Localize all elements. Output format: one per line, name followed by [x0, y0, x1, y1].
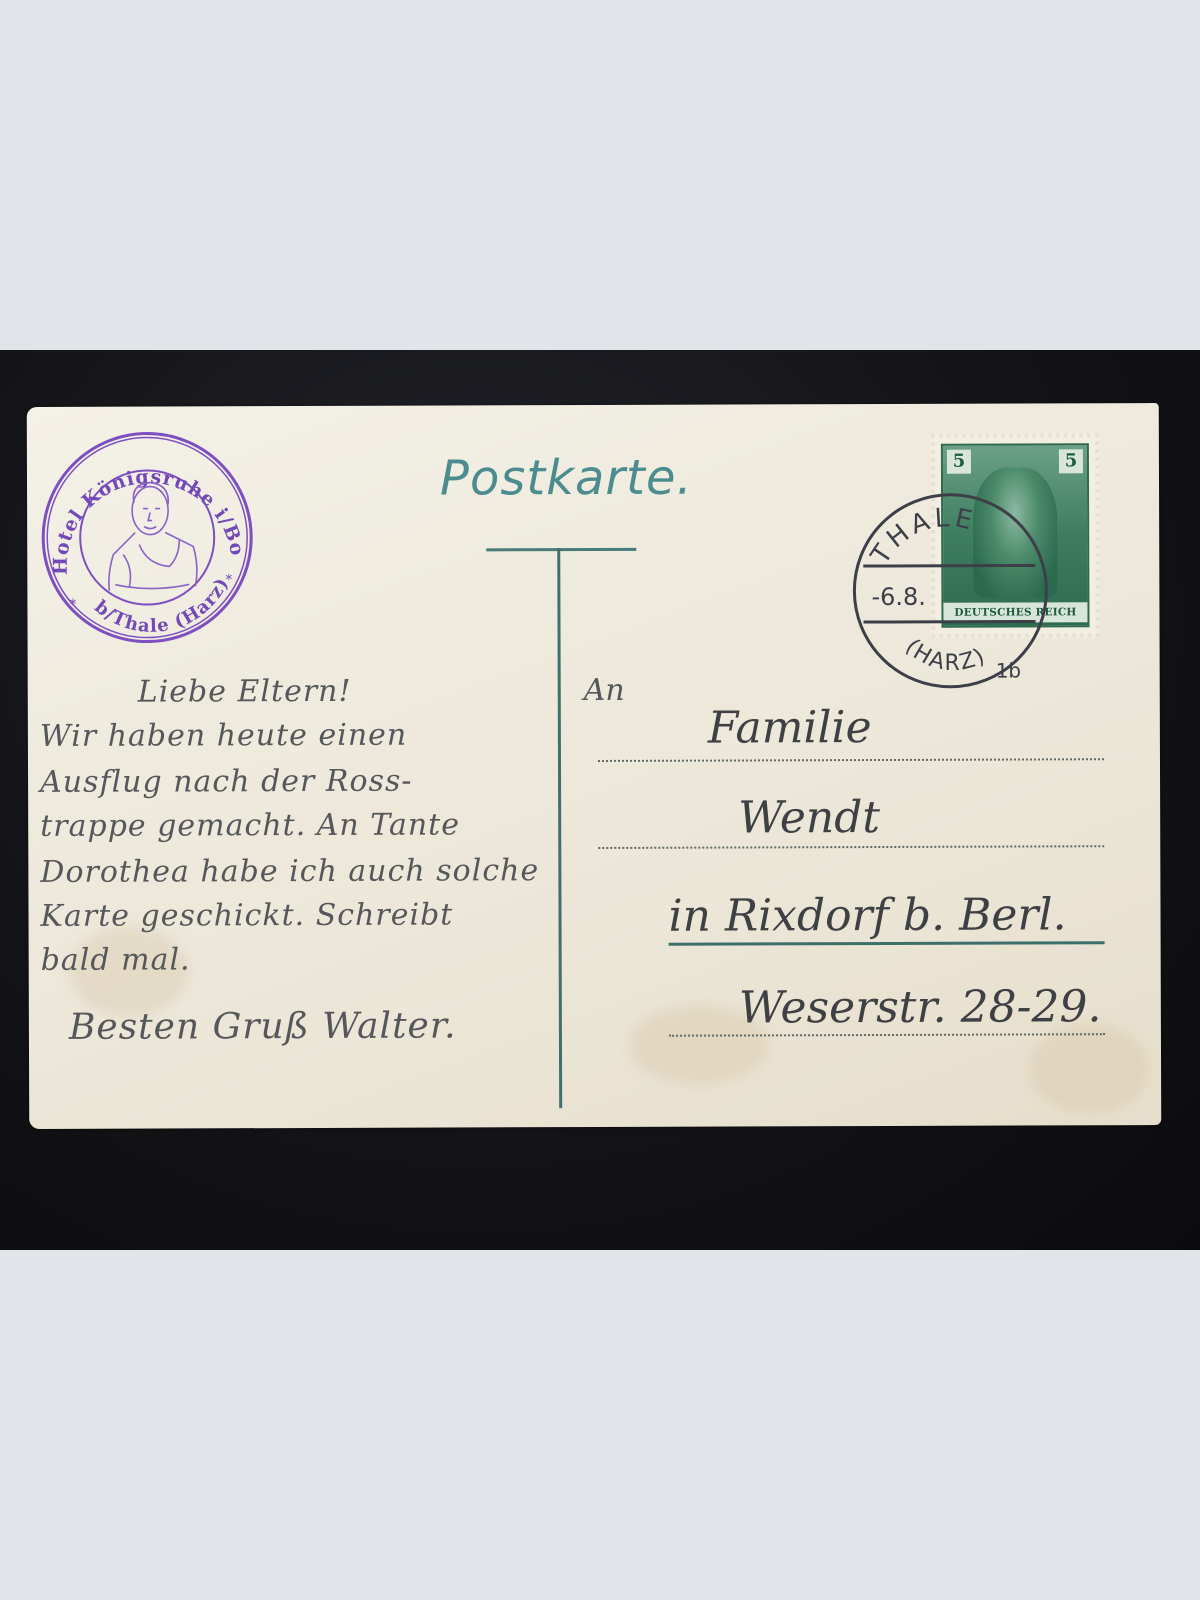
hotel-stamp: Hotel Königsruhe i/Bodethal b/Thale (Har…: [35, 424, 256, 651]
message-line: bald mal.: [41, 942, 191, 978]
postmark-town: THALE: [865, 503, 979, 571]
address-line-4: Weserstr. 28-29.: [739, 981, 1102, 1033]
svg-text:(HARZ): (HARZ): [900, 634, 990, 676]
message-line: Karte geschickt. Schreibt: [40, 897, 453, 933]
svg-text:*: *: [69, 597, 76, 613]
message-line: trappe gemacht. An Tante: [40, 807, 460, 843]
address-line-2: Wendt: [738, 792, 880, 843]
hotel-stamp-top-text: Hotel Königsruhe i/Bodethal: [35, 424, 249, 575]
address-dotted-line: [669, 1033, 1105, 1037]
address-prefix: An: [584, 673, 625, 708]
message-line: Liebe Eltern!: [138, 674, 352, 710]
address-dotted-line: [598, 845, 1104, 849]
postcard: Hotel Königsruhe i/Bodethal b/Thale (Har…: [27, 403, 1162, 1129]
stamp-value-left: 5: [947, 450, 971, 474]
svg-text:Hotel Königsruhe i/Bodethal: Hotel Königsruhe i/Bodethal: [35, 424, 249, 575]
divider-top-bar: [486, 548, 636, 552]
message-line: Ausflug nach der Ross-: [40, 764, 413, 800]
portrait-icon: [109, 482, 197, 590]
postmark-date: -6.8.: [871, 583, 926, 611]
postmark: THALE -6.8. (HARZ) 1b: [845, 485, 1056, 696]
address-line-1: Familie: [708, 702, 872, 754]
message-line: Dorothea habe ich auch solche: [40, 853, 539, 890]
svg-text:THALE: THALE: [865, 503, 979, 571]
message-line: Wir haben heute einen: [40, 718, 407, 754]
address-underline: [669, 941, 1105, 946]
hotel-stamp-bottom-text: b/Thale (Harz): [90, 574, 233, 637]
svg-text:*: *: [225, 572, 232, 588]
divider-vertical: [557, 548, 562, 1108]
svg-text:b/Thale (Harz): b/Thale (Harz): [90, 574, 233, 637]
postcard-title: Postkarte.: [440, 450, 693, 507]
address-line-3: in Rixdorf b. Berl.: [668, 889, 1066, 941]
message-signature: Besten Gruß Walter.: [69, 1005, 457, 1047]
stamp-value-right: 5: [1059, 449, 1083, 473]
postmark-region: (HARZ): [900, 634, 990, 676]
address-dotted-line: [598, 758, 1104, 762]
postmark-office: 1b: [996, 659, 1022, 683]
